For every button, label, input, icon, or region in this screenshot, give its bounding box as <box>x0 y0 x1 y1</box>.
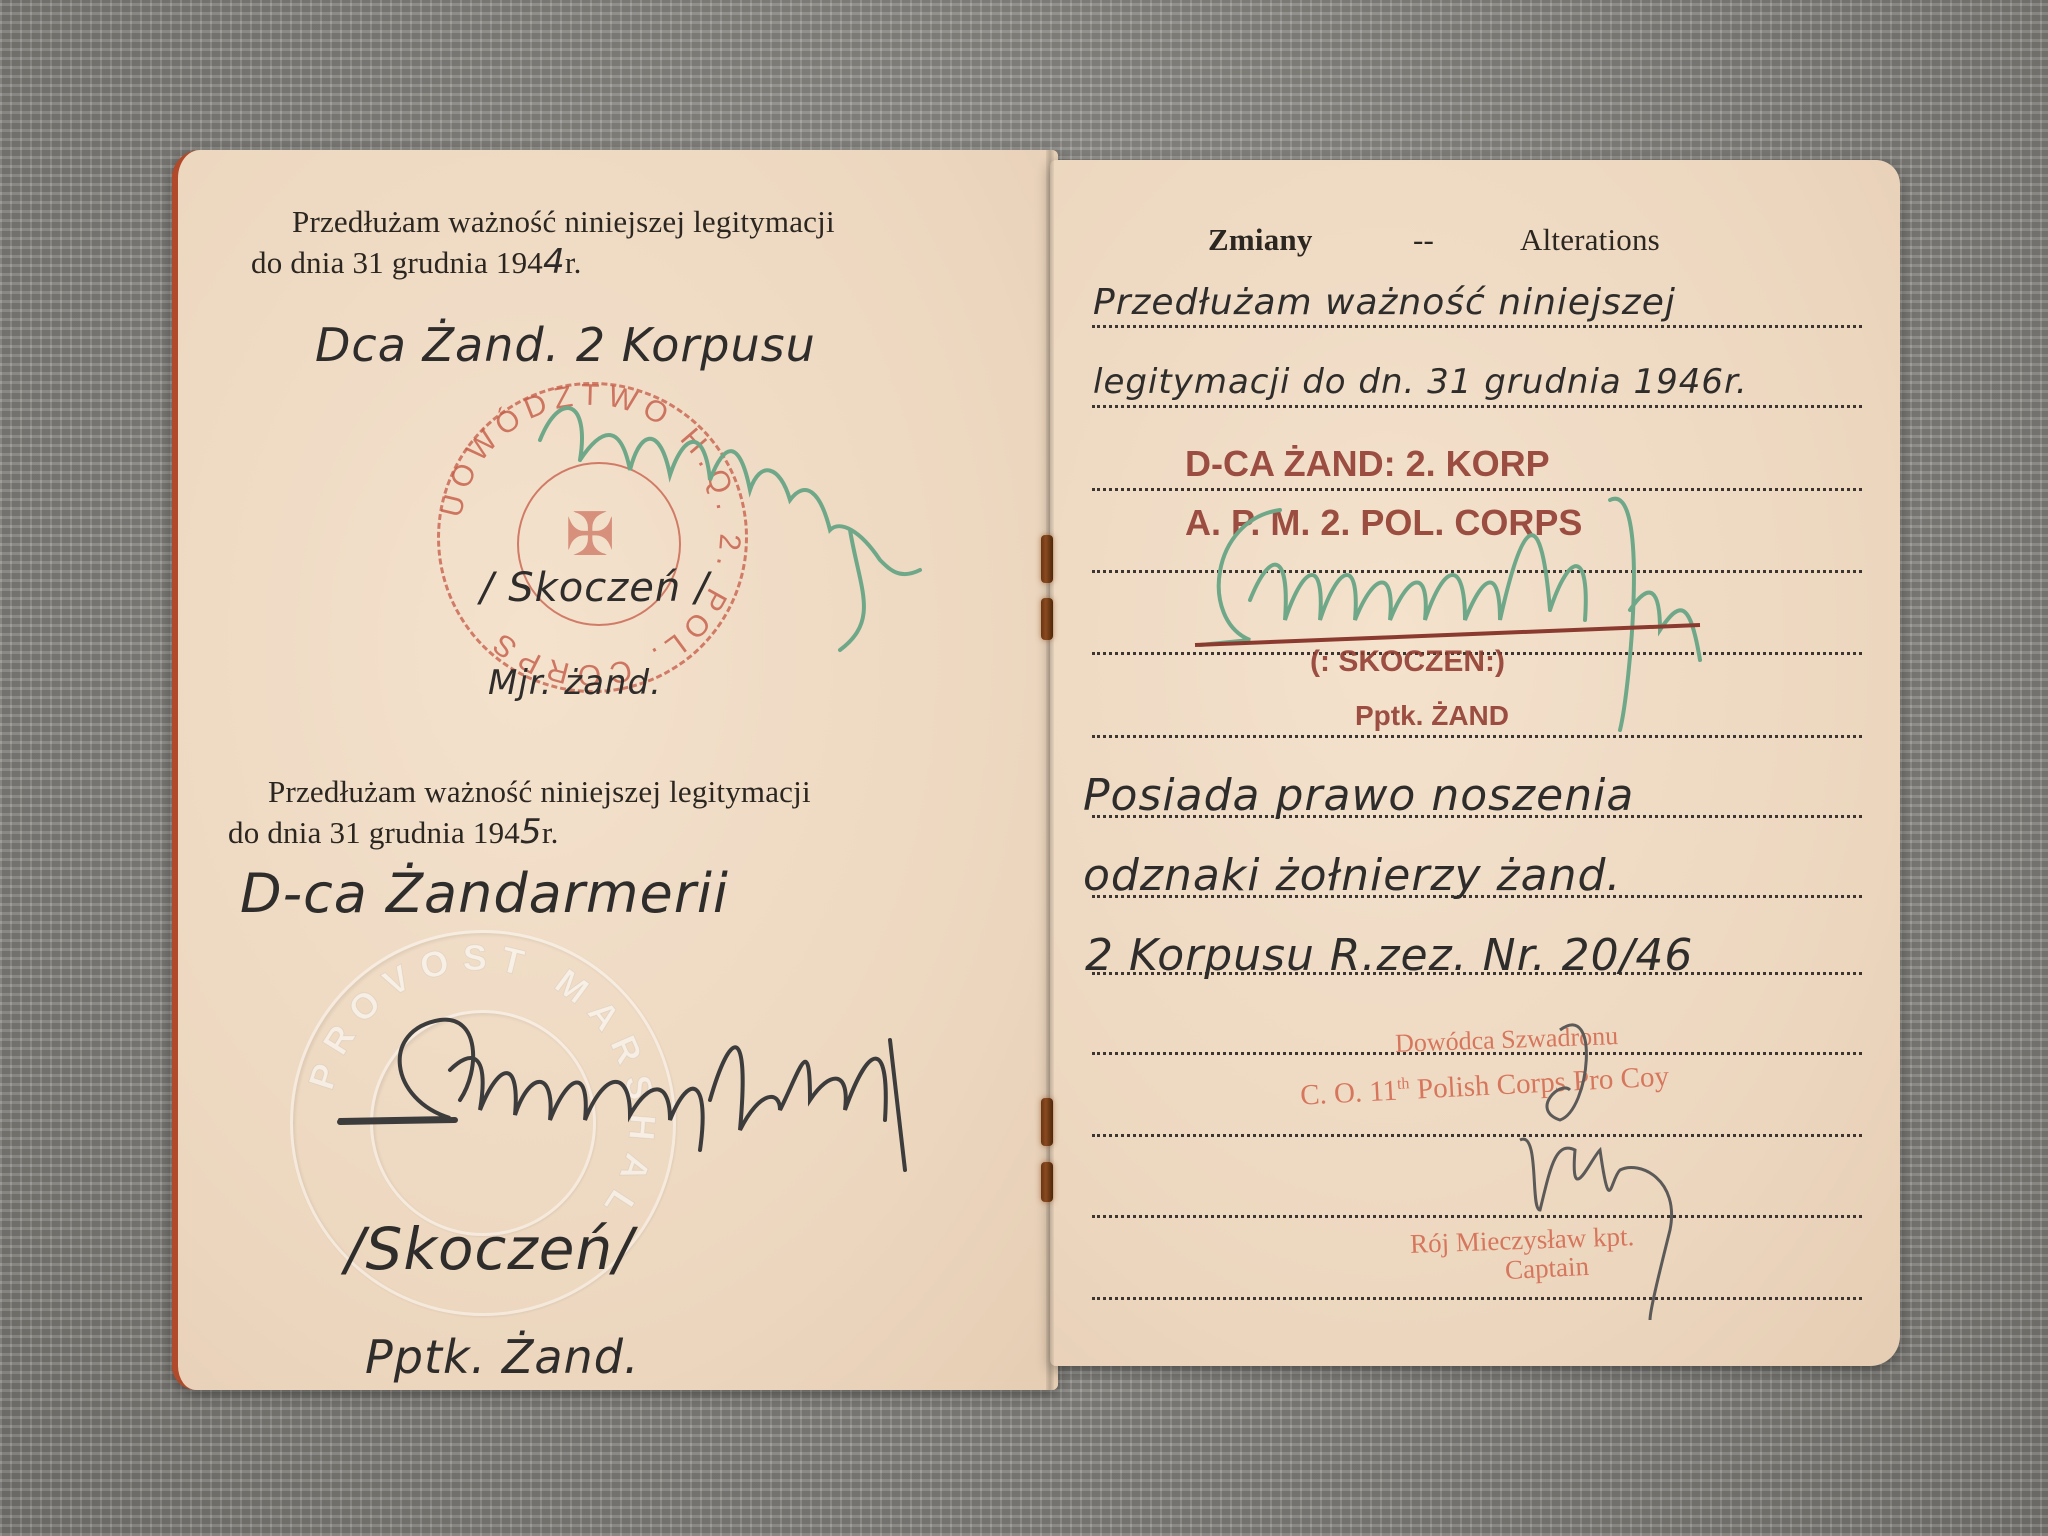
name-skoczen-2: /Skoczeń/ <box>345 1215 634 1283</box>
date-suffix: r. <box>542 815 559 850</box>
stamp-skoczen: (: SKOCZEN:) <box>1310 645 1505 679</box>
handwritten-commander-title-2: D-ca Żandarmerii <box>240 862 729 925</box>
alteration-line-5: 2 Korpusu R.zez. Nr. 20/46 <box>1085 930 1693 981</box>
alteration-line-2: legitymacji do dn. 31 grudnia 1946r. <box>1093 362 1748 402</box>
date-prefix: do dnia 31 grudnia 194 <box>251 245 543 280</box>
date-prefix: do dnia 31 grudnia 194 <box>228 815 520 850</box>
dotted-line <box>1092 1134 1862 1137</box>
dotted-line <box>1092 325 1862 328</box>
signature-skoczen <box>330 1010 1050 1210</box>
year-digit: 4 <box>543 242 565 282</box>
date-suffix: r. <box>565 245 582 280</box>
rank-mjr: Mjr. żand. <box>488 663 662 703</box>
right-page <box>1050 160 1900 1366</box>
green-signature <box>520 370 940 670</box>
alteration-line-1: Przedłużam ważność niniejszej <box>1093 282 1676 323</box>
header-separator: -- <box>1413 222 1434 258</box>
handwritten-commander-title: Dca Żand. 2 Korpusu <box>315 318 816 372</box>
header-zmiany: Zmiany <box>1208 222 1313 258</box>
stamp-captain: Captain <box>1504 1251 1589 1286</box>
stamp-pptk-zand: Pptk. ŻAND <box>1355 700 1509 732</box>
stamp-dca-zand: D-CA ŻAND: 2. KORP <box>1185 443 1550 485</box>
dotted-line <box>1092 1297 1862 1300</box>
stamp-co-sup: th <box>1397 1075 1410 1093</box>
extension-1-line1: Przedłużam ważność niniejszej legitymacj… <box>292 204 835 240</box>
alteration-line-4: odznaki żołnierzy żand. <box>1083 850 1621 901</box>
name-skoczen-1: / Skoczeń / <box>480 565 709 611</box>
extension-1-line2: do dnia 31 grudnia 1944r. <box>251 242 582 282</box>
year-digit: 5 <box>520 812 542 852</box>
staple <box>1041 598 1053 640</box>
extension-2-line1: Przedłużam ważność niniejszej legitymacj… <box>268 774 811 810</box>
extension-2-line2: do dnia 31 grudnia 1945r. <box>228 812 559 852</box>
staple <box>1041 535 1053 583</box>
rank-pptk: Pptk. Żand. <box>365 1330 640 1384</box>
dotted-line <box>1092 1215 1862 1218</box>
green-signature-right <box>1190 490 1830 750</box>
alteration-line-3: Posiada prawo noszenia <box>1083 770 1634 821</box>
header-alterations: Alterations <box>1520 222 1660 258</box>
dotted-line <box>1092 405 1862 408</box>
stamp-co-prefix: C. O. 11 <box>1299 1075 1398 1112</box>
